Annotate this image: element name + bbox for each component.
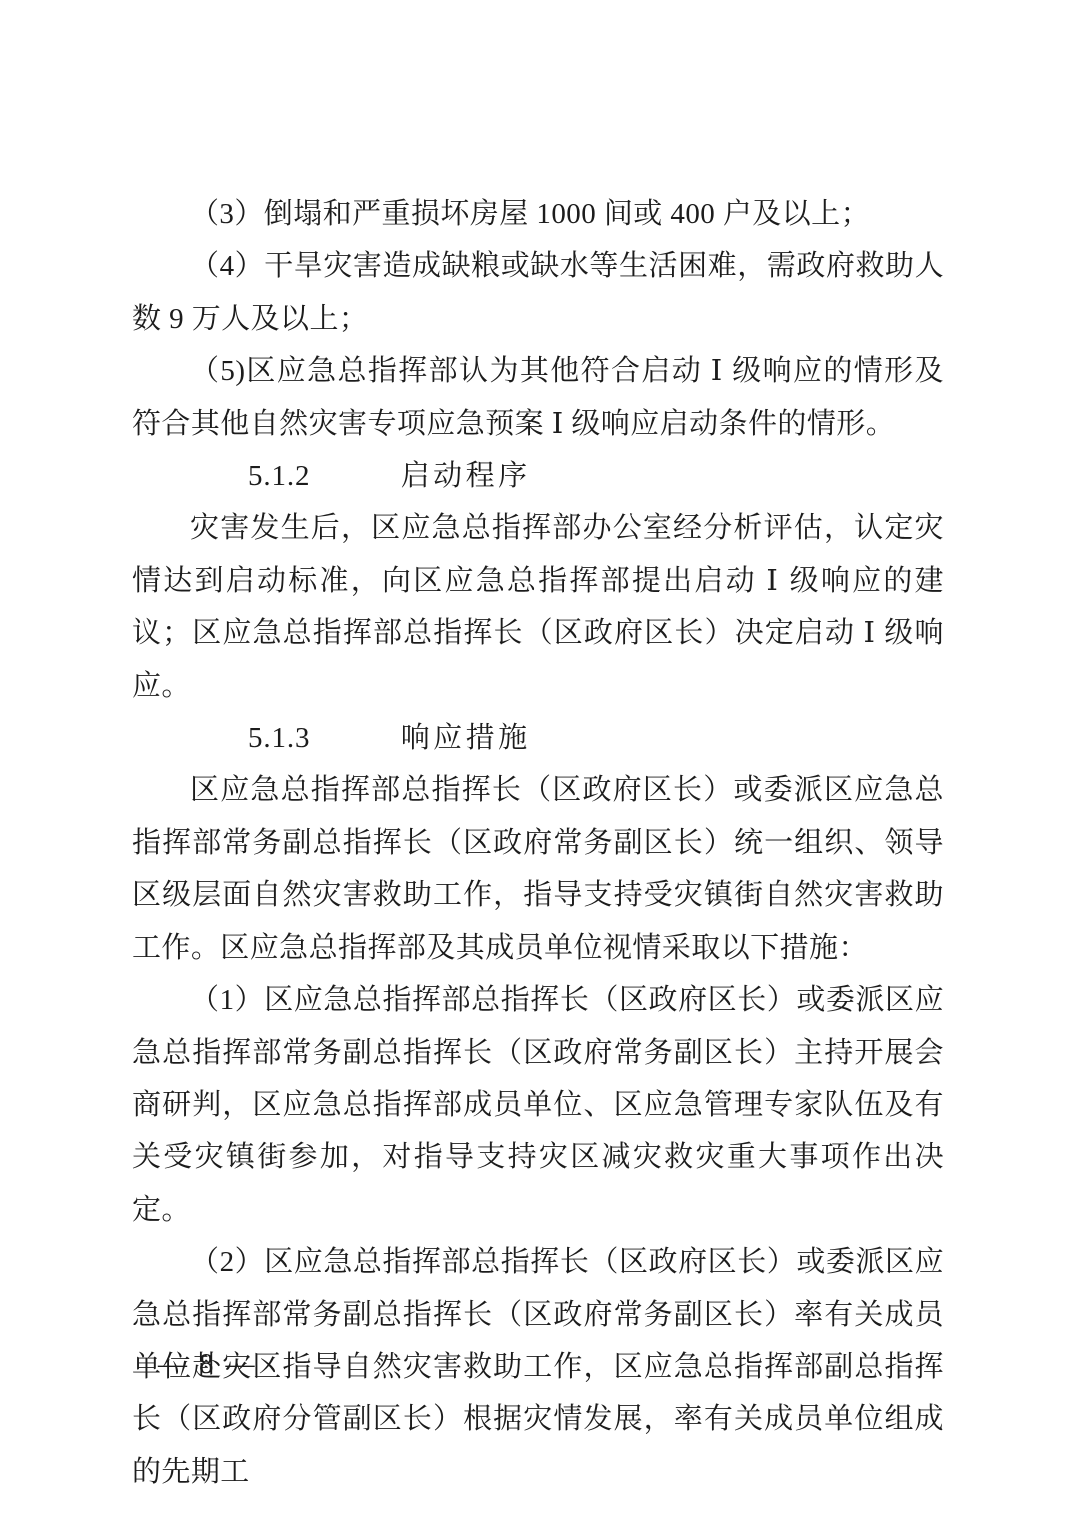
page-footer: —8— bbox=[158, 1344, 255, 1384]
page-number: 8 bbox=[199, 1344, 214, 1384]
footer-left-dash: — bbox=[158, 1344, 187, 1384]
paragraph-startup-procedure: 灾害发生后，区应急总指挥部办公室经分析评估，认定灾情达到启动标准，向区应急总指挥… bbox=[132, 502, 944, 712]
section-title: 响应措施 bbox=[343, 712, 531, 764]
list-item-5: （5)区应急总指挥部认为其他符合启动 Ⅰ 级响应的情形及符合其他自然灾害专项应急… bbox=[132, 345, 944, 450]
list-item-4: （4）干旱灾害造成缺粮或缺水等生活困难，需政府救助人数 9 万人及以上； bbox=[132, 240, 944, 345]
measure-item-1: （1）区应急总指挥部总指挥长（区政府区长）或委派区应急总指挥部常务副总指挥长（区… bbox=[132, 974, 944, 1236]
document-page: （3）倒塌和严重损坏房屋 1000 间或 400 户及以上； （4）干旱灾害造成… bbox=[0, 0, 1074, 1520]
section-title: 启动程序 bbox=[343, 450, 531, 502]
document-body: （3）倒塌和严重损坏房屋 1000 间或 400 户及以上； （4）干旱灾害造成… bbox=[132, 188, 944, 1498]
section-heading-5-1-2: 5.1.2 启动程序 bbox=[132, 450, 944, 502]
section-heading-5-1-3: 5.1.3 响应措施 bbox=[132, 712, 944, 764]
list-item-3: （3）倒塌和严重损坏房屋 1000 间或 400 户及以上； bbox=[132, 188, 944, 240]
paragraph-response-measures-intro: 区应急总指挥部总指挥长（区政府区长）或委派区应急总指挥部常务副总指挥长（区政府常… bbox=[132, 764, 944, 974]
section-number: 5.1.3 bbox=[190, 712, 310, 764]
footer-right-dash: — bbox=[226, 1344, 255, 1384]
section-number: 5.1.2 bbox=[190, 450, 310, 502]
